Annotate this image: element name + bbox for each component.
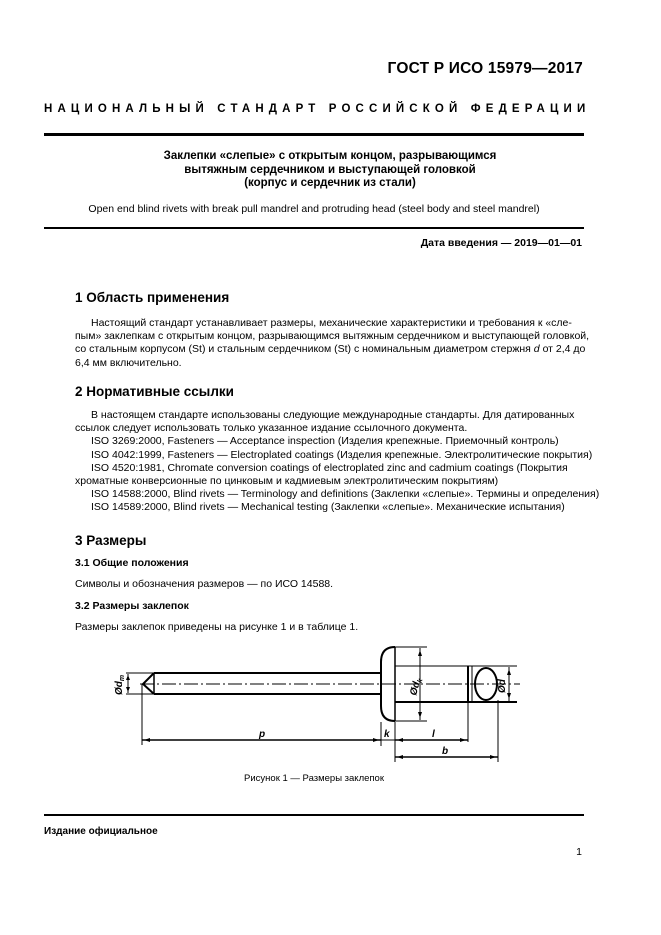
- label-dm: Ødm: [114, 675, 126, 695]
- label-b: b: [442, 746, 448, 757]
- label-d: Ød: [497, 678, 508, 693]
- edition-note: Издание официальное: [44, 826, 158, 837]
- figure-caption: Рисунок 1 — Размеры заклепок: [44, 773, 584, 784]
- label-l: l: [432, 729, 435, 740]
- label-k: k: [384, 729, 390, 740]
- page-number: 1: [576, 846, 582, 858]
- rivet-dimension-drawing: Ødm Ødk Ød p k l b: [0, 0, 661, 935]
- label-p: p: [258, 729, 265, 740]
- footer-rule: [44, 814, 584, 816]
- label-dk: Ødk: [408, 676, 424, 697]
